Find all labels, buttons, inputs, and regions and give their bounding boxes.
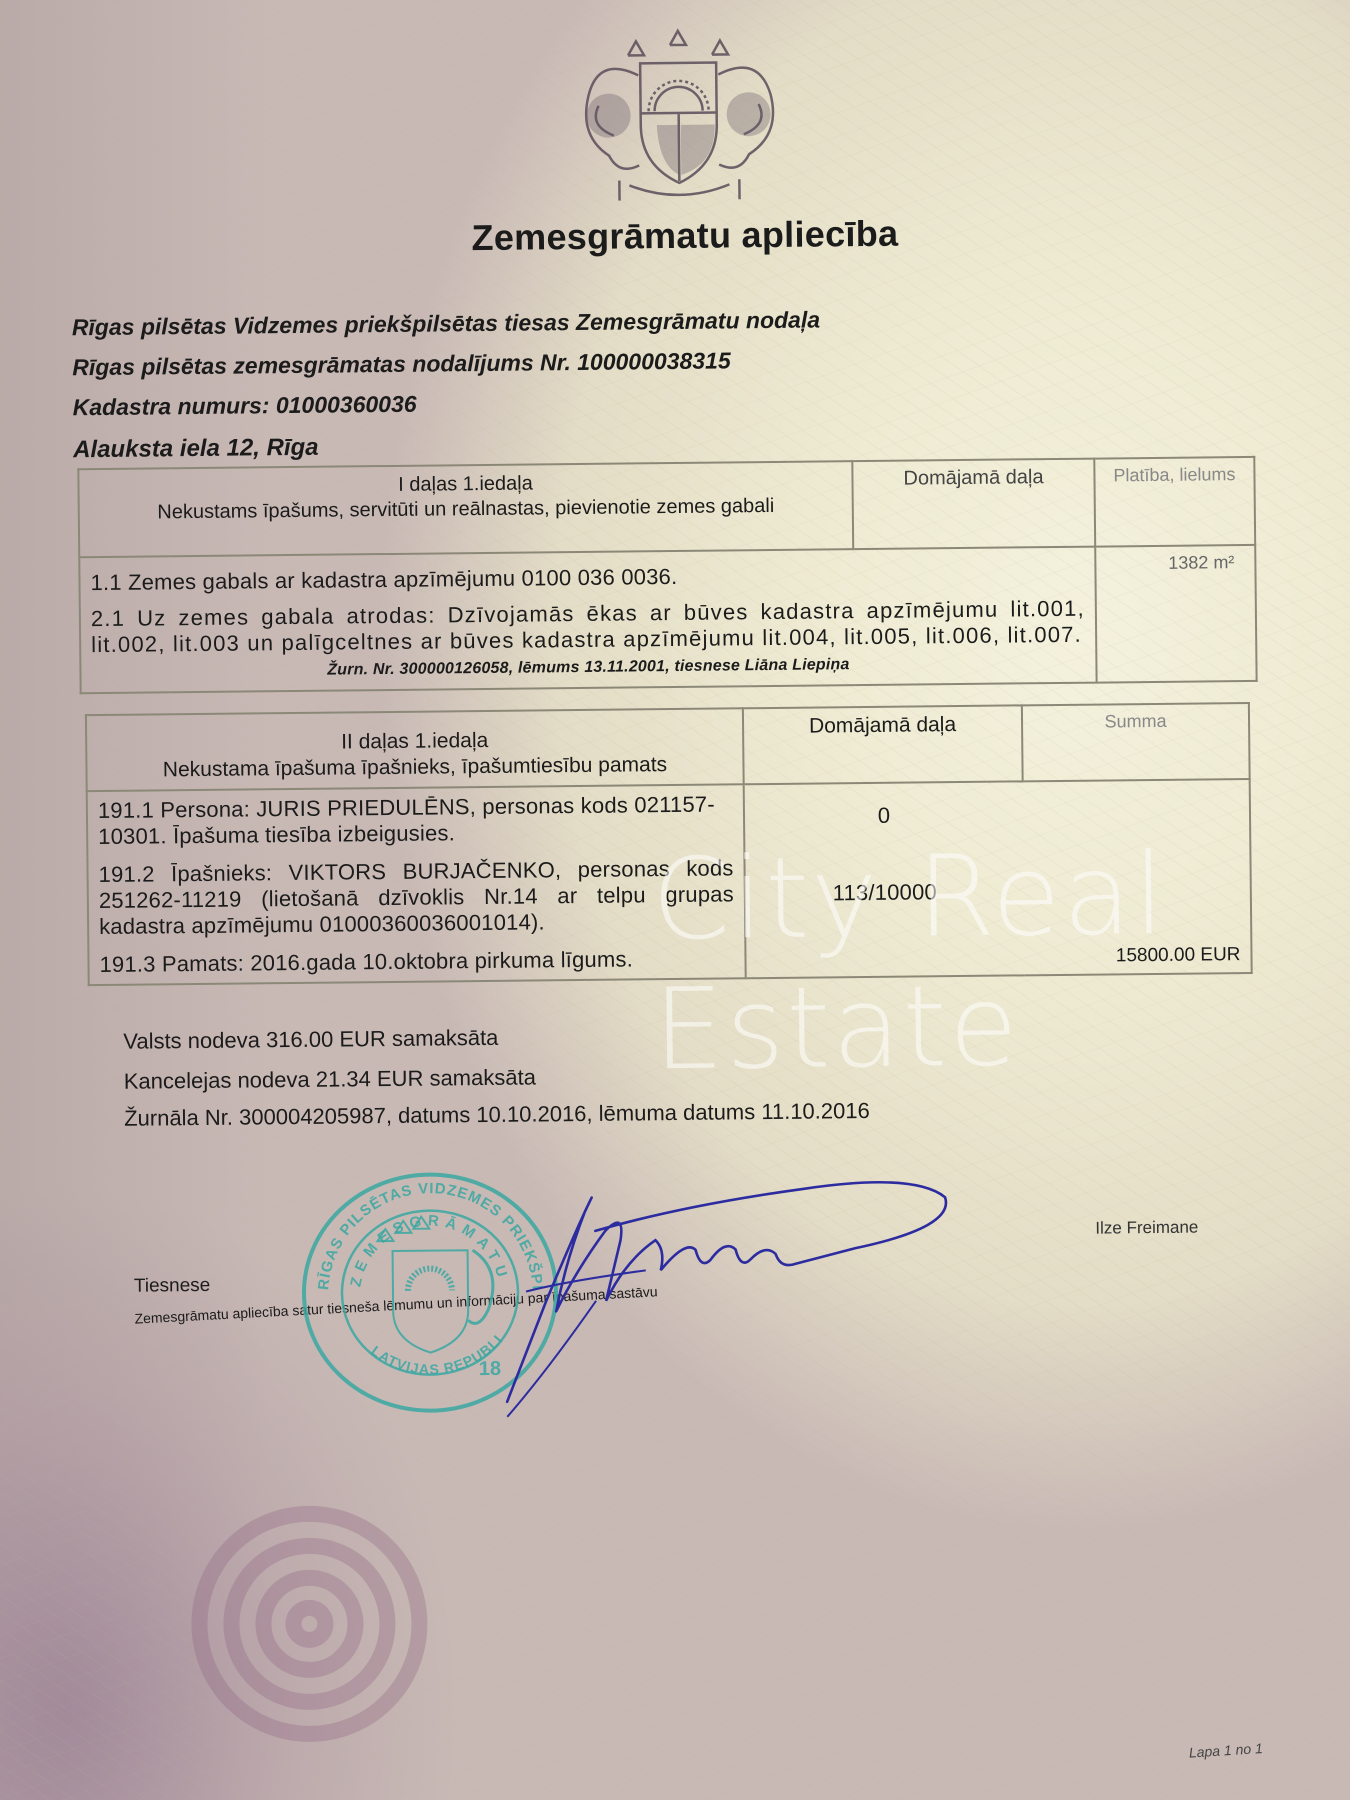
property-entries: 1.1 Zemes gabals ar kadastra apzīmējumu …: [79, 547, 1096, 694]
document-title: Zemesgrāmatu apliecība: [0, 208, 1350, 264]
owner-entry-1: 191.1 Persona: JURIS PRIEDULĒNS, persona…: [87, 784, 745, 856]
entry-land-plot: 1.1 Zemes gabals ar kadastra apzīmējumu …: [90, 560, 1084, 596]
property-section-table: I daļas 1.iedaļa Nekustams īpašums, serv…: [77, 456, 1257, 694]
cadastre-number: Kadastra numurs: 01000360036: [73, 391, 417, 422]
judge-name: Ilze Freimane: [1095, 1218, 1198, 1239]
embossed-seal-icon: [168, 1472, 461, 1755]
column-header-sum: Summa: [1022, 703, 1250, 781]
watermark-text: City Real Estate: [651, 828, 1350, 1095]
certificate-page: Zemesgrāmatu apliecība Rīgas pilsētas Vi…: [0, 0, 1350, 1800]
table-row: 1.1 Zemes gabals ar kadastra apzīmējumu …: [79, 545, 1256, 693]
office-fee: Kancelejas nodeva 21.34 EUR samaksāta: [124, 1064, 536, 1094]
column-header-area: Platība, lielums: [1094, 457, 1255, 547]
table-header-row: I daļas 1.iedaļa Nekustams īpašums, serv…: [78, 457, 1255, 557]
judge-signature-icon: [485, 1167, 968, 1432]
state-fee: Valsts nodeva 316.00 EUR samaksāta: [123, 1025, 498, 1055]
part-subtitle: Nekustama īpašuma īpašnieks, īpašumtiesī…: [93, 751, 736, 784]
coat-of-arms-icon: [558, 14, 800, 207]
folio-number: Rīgas pilsētas zemesgrāmatas nodalījums …: [72, 347, 731, 381]
land-area-value: 1382 m²: [1095, 545, 1256, 683]
column-header-part: II daļas 1.iedaļa Nekustama īpašuma īpaš…: [86, 708, 744, 791]
judge-role-label: Tiesnese: [134, 1275, 211, 1298]
journal-record: Žurnāla Nr. 300004205987, datums 10.10.2…: [124, 1098, 870, 1132]
column-header-share: Domājamā daļa: [743, 705, 1023, 784]
court-name: Rīgas pilsētas Vidzemes priekšpilsētas t…: [72, 306, 821, 341]
entry-buildings: 2.1 Uz zemes gabala atrodas: Dzīvojamās …: [91, 596, 1085, 658]
column-header-part: I daļas 1.iedaļa Nekustams īpašums, serv…: [78, 461, 853, 557]
table-header-row: II daļas 1.iedaļa Nekustama īpašuma īpaš…: [86, 703, 1250, 791]
owner-entry-2: 191.2 Īpašnieks: VIKTORS BURJAČENKO, per…: [87, 849, 745, 946]
property-address: Alauksta iela 12, Rīga: [73, 434, 319, 465]
page-number: Lapa 1 no 1: [1188, 1740, 1263, 1761]
ownership-basis: 191.3 Pamats: 2016.gada 10.oktobra pirku…: [88, 939, 745, 985]
column-header-share: Domājamā daļa: [852, 459, 1095, 550]
